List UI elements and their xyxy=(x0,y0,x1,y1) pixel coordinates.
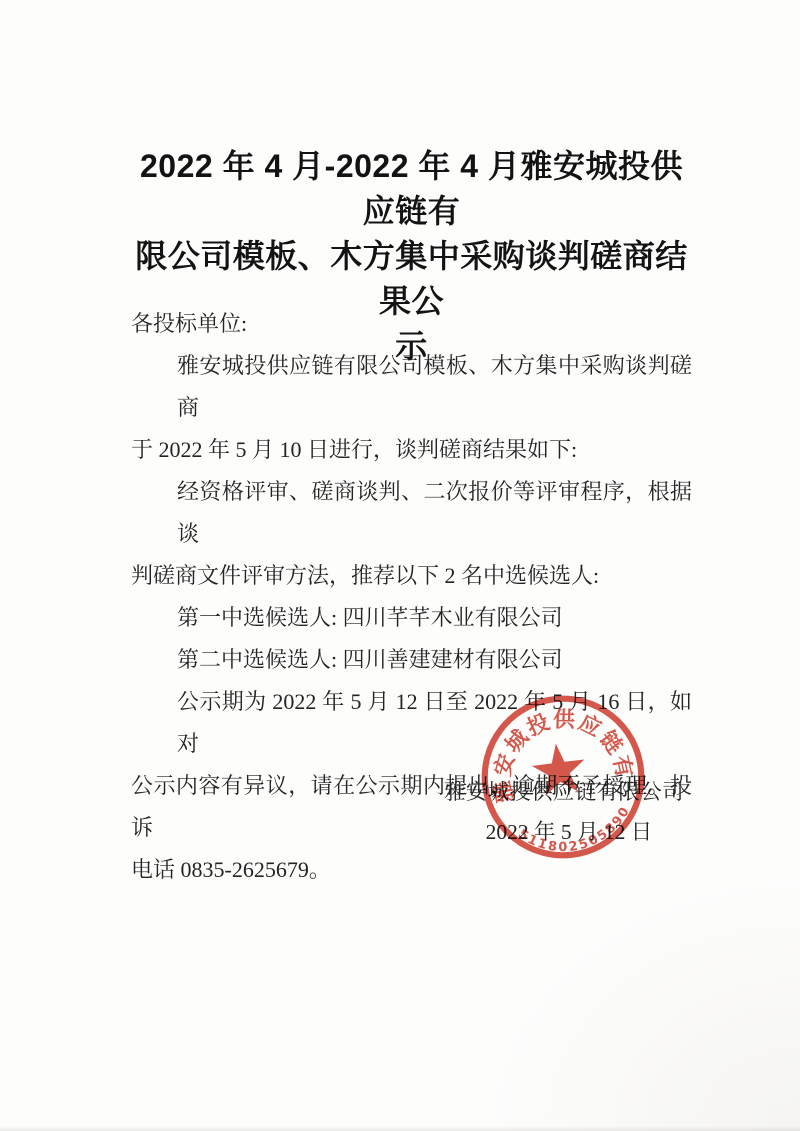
body-line-salutation: 各投标单位: xyxy=(131,303,692,345)
body-line-candidate-1: 第一中选候选人: 四川芊芊木业有限公司 xyxy=(131,597,692,639)
body-line: 经资格评审、磋商谈判、二次报价等评审程序，根据谈 xyxy=(131,471,692,555)
signature-company: 雅安城投供应链有限公司 xyxy=(444,772,680,812)
scanned-announcement-page: 2022 年 4 月-2022 年 4 月雅安城投供应链有 限公司模板、木方集中… xyxy=(0,0,800,1131)
body-line: 雅安城投供应链有限公司模板、木方集中采购谈判磋商 xyxy=(131,345,692,429)
title-line: 2022 年 4 月-2022 年 4 月雅安城投供应链有 xyxy=(131,144,692,234)
scan-artifact-edge xyxy=(0,1126,800,1131)
scan-artifact-vignette xyxy=(480,871,800,1131)
body-line: 判磋商文件评审方法，推荐以下 2 名中选候选人: xyxy=(131,555,692,597)
body-line-candidate-2: 第二中选候选人: 四川善建建材有限公司 xyxy=(131,639,692,681)
body-line-phone: 电话 0835-2625679。 xyxy=(131,849,692,891)
body-line: 于 2022 年 5 月 10 日进行，谈判磋商结果如下: xyxy=(131,429,692,471)
signature-date: 2022 年 5 月 12 日 xyxy=(444,812,680,852)
body-line: 公示期为 2022 年 5 月 12 日至 2022 年 5 月 16 日，如对 xyxy=(131,681,692,765)
signature-block: 雅安城投供应链有限公司 2022 年 5 月 12 日 xyxy=(444,772,680,852)
